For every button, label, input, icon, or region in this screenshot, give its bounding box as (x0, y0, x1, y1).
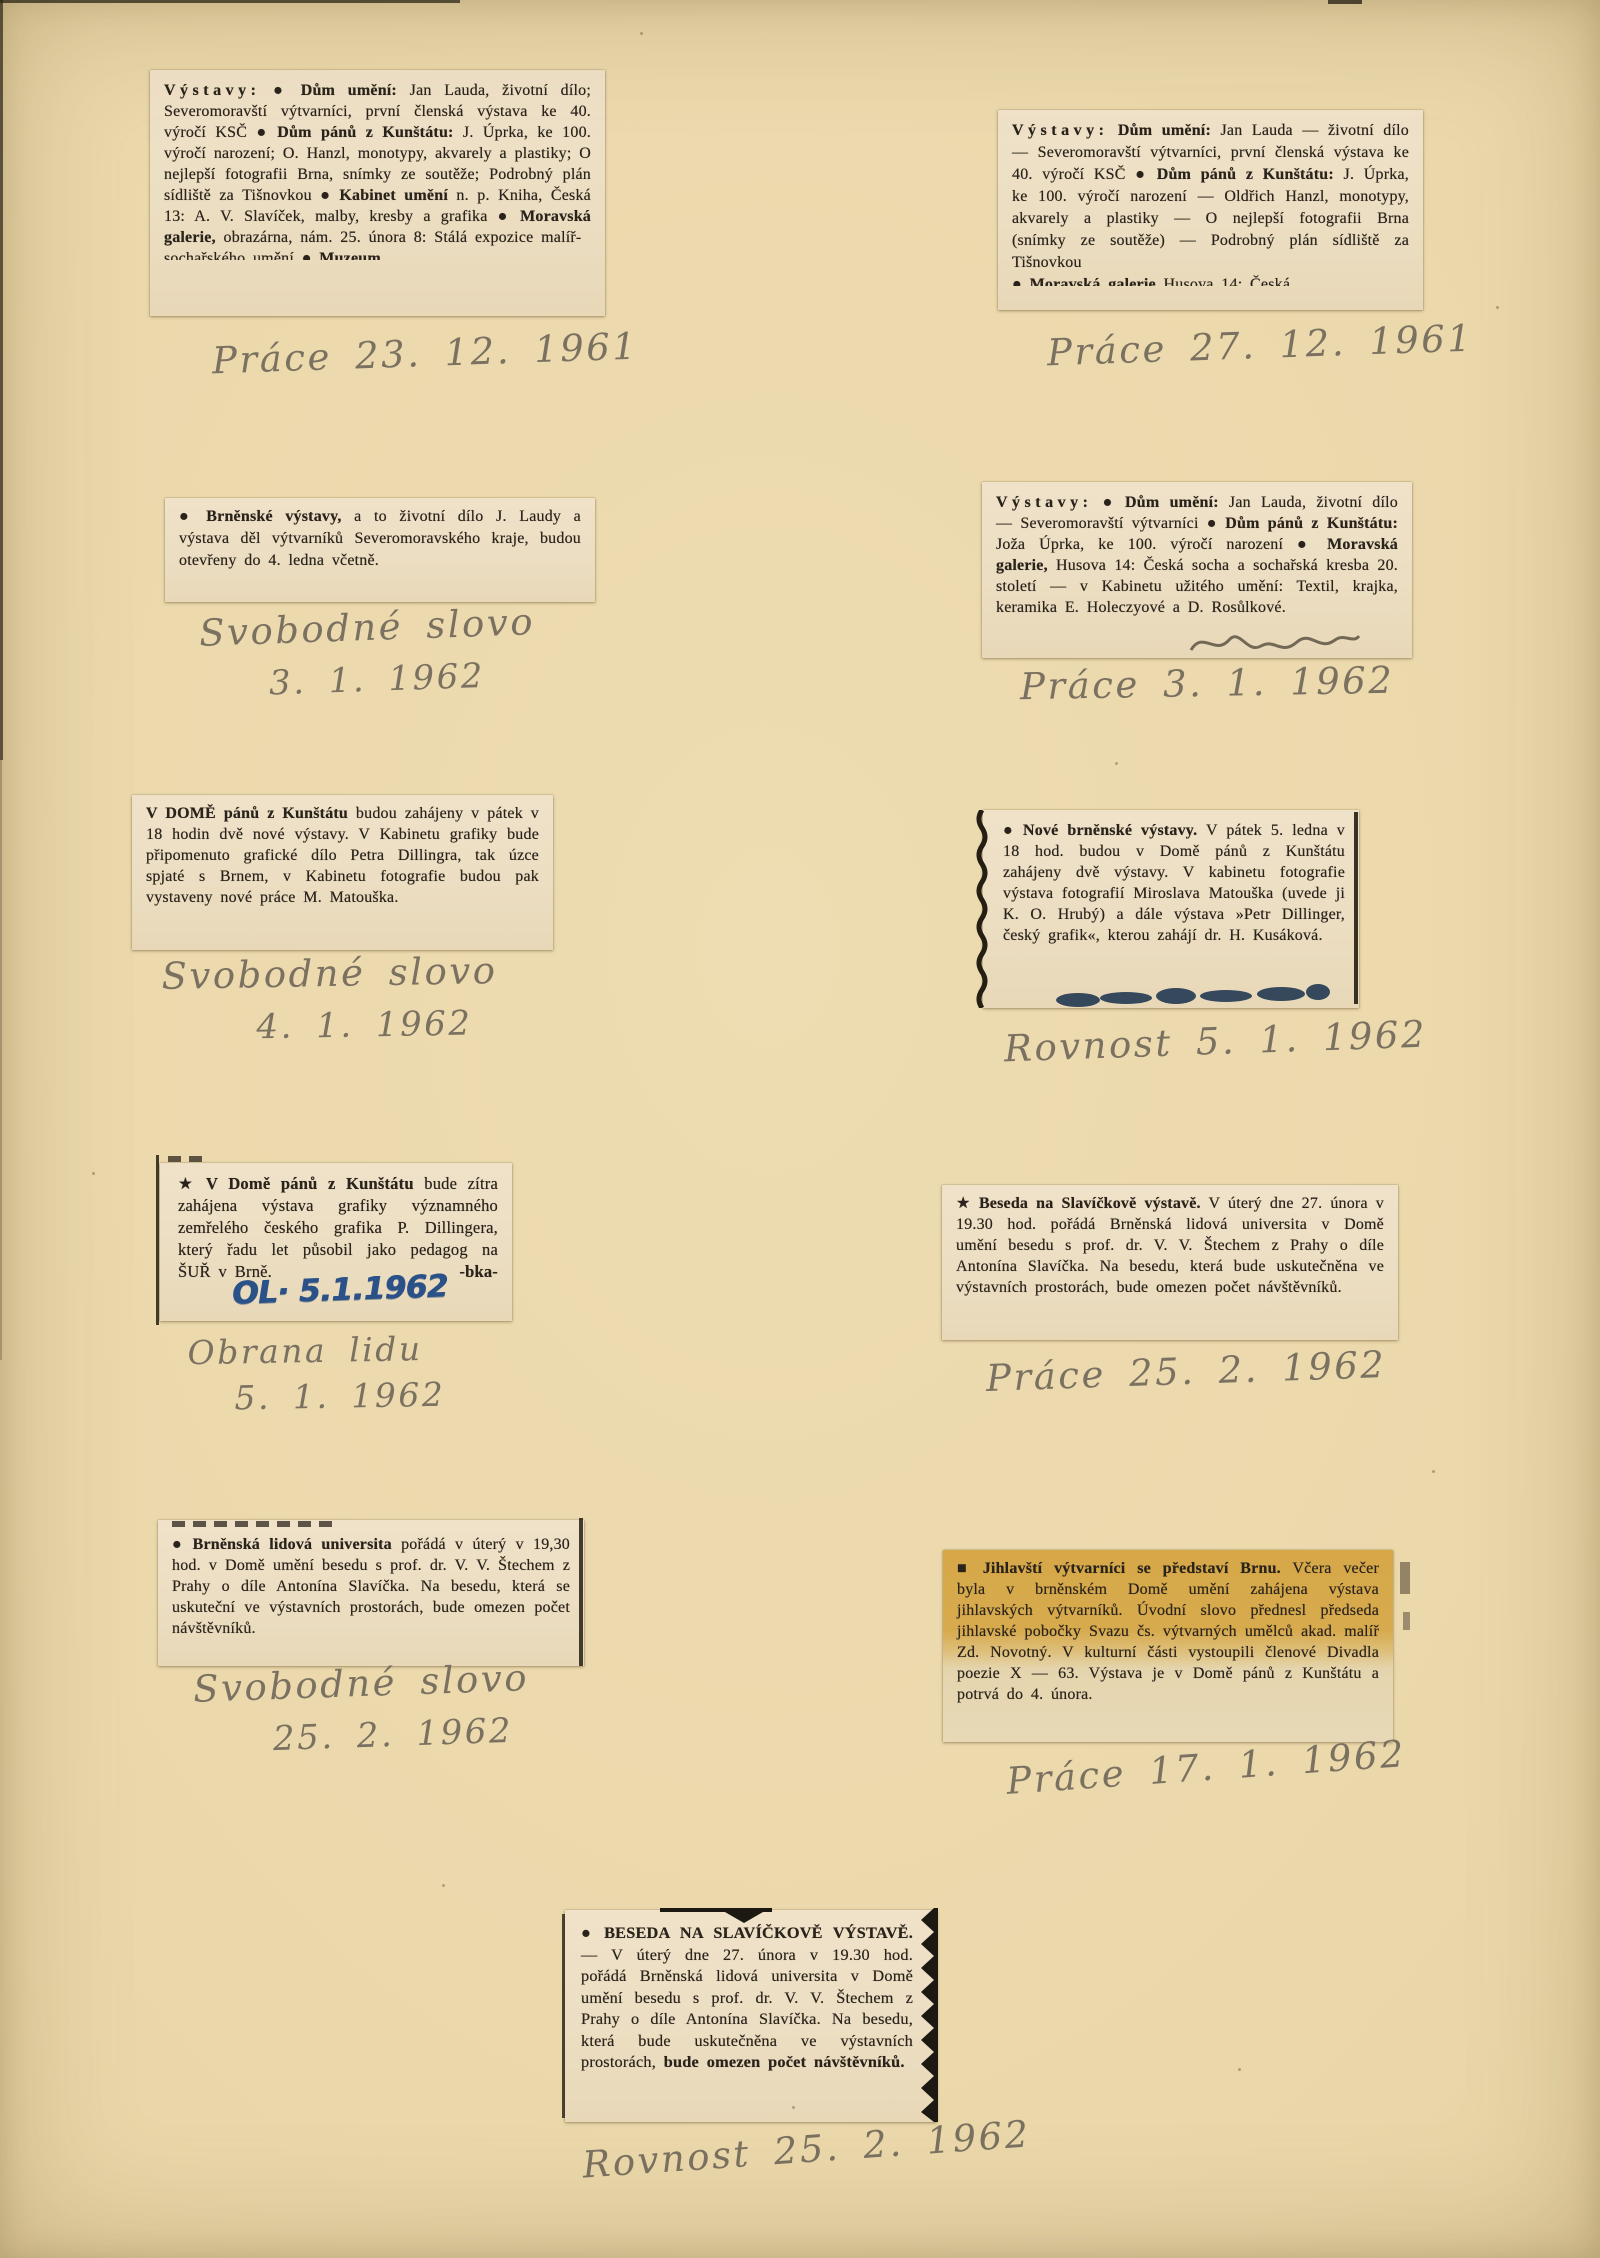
clipping-text-segment: Kabinet umění (339, 187, 448, 204)
clipping-text-segment: ● (1092, 494, 1125, 511)
clipping-text-segment: Moravská galerie (1030, 276, 1156, 286)
clipping-text-segment: sochařského umění (164, 250, 302, 260)
clipping-text-segment: ● (179, 508, 206, 525)
clipping-text: Výstavy: ● Dům umění: Jan Lauda, životní… (996, 492, 1398, 618)
paper-fleck (1238, 2068, 1241, 2071)
news-clipping-j: ■ Jihlavští výtvarníci se představí Brnu… (943, 1550, 1393, 1742)
clipping-text: ★ Beseda na Slavíčkově výstavě. V úterý … (956, 1193, 1384, 1298)
handwritten-line: 25. 2. 1962 (272, 1704, 532, 1765)
paper-fleck (1432, 1470, 1435, 1473)
clipping-cut-text: sochařského umění ● Muzeum (164, 248, 591, 260)
news-clipping-b: Výstavy: Dům umění: Jan Lauda — životní … (998, 110, 1423, 310)
clipping-text-segment: Včera večer byla v brněnském Domě umění … (957, 1560, 1379, 1703)
clipping-border-line (156, 1155, 159, 1325)
clipping-cut-line: sochařského umění ● Muzeum (164, 248, 591, 260)
news-clipping-k: ● BESEDA NA SLAVÍČKOVĚ VÝSTAVĚ. — V úter… (565, 1910, 937, 2122)
news-clipping-i: ● Brněnská lidová universita pořádá v út… (158, 1520, 584, 1666)
clipping-cut-line: ● Moravská galerie Husova 14: Česká (1012, 274, 1409, 286)
scan-edge-left-faint (0, 760, 2, 1360)
clipping-text-segment: Dům pánů z Kunštátu: (277, 124, 453, 141)
clipping-text-segment: Joža Úprka, ke 100. výročí narození (996, 536, 1297, 553)
clipping-text-segment: V DOMĚ pánů z Kunštátu (146, 805, 348, 822)
handwritten-line: Rovnost 5. 1. 1962 (1003, 1009, 1428, 1076)
handwritten-line: Práce 25. 2. 1962 (985, 1339, 1387, 1405)
handwritten-line: 5. 1. 1962 (234, 1372, 446, 1422)
clipping-text-segment (1108, 122, 1117, 139)
handwritten-line: Práce 23. 12. 1961 (211, 321, 639, 388)
clipping-text-segment: Jihlavští výtvarníci se představí Brnu. (983, 1560, 1281, 1577)
cut-text-fragment (168, 1156, 210, 1162)
handwritten-line: Práce 27. 12. 1961 (1046, 313, 1474, 380)
clipping-text: ● Brněnské výstavy, a to životní dílo J.… (179, 506, 581, 572)
clipping-text-segment: Husova 14: Česká (1156, 276, 1290, 286)
clipping-text-segment: Dům pánů z Kunštátu: (1225, 515, 1398, 532)
clipping-text-segment: ● (498, 208, 520, 225)
handwritten-note-svobodne-slovo-3-1-1962: Svobodné slovo 3. 1. 1962 (198, 596, 537, 712)
paper-fleck (1115, 762, 1118, 765)
handwritten-line: 3. 1. 1962 (268, 648, 538, 709)
news-clipping-a: Výstavy: ● Dům umění: Jan Lauda, životní… (150, 70, 605, 316)
handwritten-note-prace-23-12-1961: Práce 23. 12. 1961 (211, 321, 639, 388)
clipping-text-segment: Výstavy: (164, 82, 260, 99)
clipping-text: Výstavy: ● Dům umění: Jan Lauda, životní… (164, 80, 591, 248)
clipping-text-segment: ● (1207, 515, 1225, 532)
clipping-text-segment: Husova 14: Česká socha a sochařská kresb… (996, 557, 1398, 616)
clipping-text-segment: ● (260, 82, 300, 99)
clipping-text-segment: Brněnské výstavy, (206, 508, 341, 525)
clipping-text: ● BESEDA NA SLAVÍČKOVĚ VÝSTAVĚ. — V úter… (581, 1922, 913, 2073)
handwritten-note-prace-27-12-1961: Práce 27. 12. 1961 (1046, 313, 1474, 380)
clipping-text-segment: ● (581, 1923, 604, 1942)
paper-fleck (442, 1884, 445, 1887)
paper-fleck (92, 1172, 95, 1175)
clipping-text-segment: Dům umění: (1118, 122, 1211, 139)
paper-fleck (792, 2106, 795, 2109)
clipping-text-segment: V Domě pánů z Kunštátu (206, 1174, 414, 1193)
handwritten-line: Obrana lidu (187, 1326, 445, 1376)
handwritten-line: 4. 1. 1962 (256, 997, 499, 1053)
clipping-text-segment: ● (1003, 822, 1023, 839)
clipping-text-segment: ● Muzeum (302, 250, 381, 260)
clipping-fragment (1403, 1612, 1410, 1630)
blue-ink-date-note: OL· 5.1.1962 (231, 1268, 448, 1312)
news-clipping-h: ★ Beseda na Slavíčkově výstavě. V úterý … (942, 1185, 1398, 1340)
clipping-text-segment: ★ (178, 1174, 206, 1193)
news-clipping-d: Výstavy: ● Dům umění: Jan Lauda, životní… (982, 482, 1412, 658)
clipping-text-segment: ● (256, 124, 277, 141)
clipping-text-segment: ● (1135, 166, 1156, 183)
clipping-text: ● Nové brněnské výstavy. V pátek 5. ledn… (1003, 820, 1345, 946)
clipping-text: ★ V Domě pánů z Kunštátu bude zítra zahá… (178, 1173, 498, 1283)
handwritten-line: Práce 3. 1. 1962 (1020, 655, 1395, 714)
clipping-text-segment: Výstavy: (1012, 122, 1108, 139)
clipping-text-segment: ★ (956, 1195, 979, 1212)
clipping-text-segment: Dům umění: (1125, 494, 1219, 511)
handwritten-note-prace-3-1-1962: Práce 3. 1. 1962 (1020, 655, 1395, 714)
scan-edge-dash (1328, 0, 1362, 4)
news-clipping-e: V DOMĚ pánů z Kunštátu budou zahájeny v … (132, 795, 553, 950)
clipping-text-segment: ● (172, 1536, 193, 1553)
handwritten-line: Svobodné slovo (161, 945, 498, 1003)
handwritten-note-svobodne-slovo-25-2-1962: Svobodné slovo 25. 2. 1962 (192, 1652, 531, 1768)
clipping-text: Výstavy: Dům umění: Jan Lauda — životní … (1012, 120, 1409, 274)
paper-fleck (640, 32, 643, 35)
handwritten-note-prace-25-2-1962: Práce 25. 2. 1962 (985, 1339, 1387, 1405)
handwritten-note-svobodne-slovo-4-1-1962: Svobodné slovo 4. 1. 1962 (161, 945, 499, 1055)
clipping-text-segment: Beseda na Slavíčkově výstavě. (979, 1195, 1201, 1212)
clipping-text-segment: -bka- (459, 1261, 498, 1283)
clipping-text-segment: ● (320, 187, 339, 204)
clipping-text: V DOMĚ pánů z Kunštátu budou zahájeny v … (146, 803, 539, 908)
clipping-text-segment: Dům pánů z Kunštátu: (1157, 166, 1334, 183)
clipping-text-segment: bude omezen počet návštěvníků. (664, 2052, 905, 2071)
clipping-text: ■ Jihlavští výtvarníci se představí Brnu… (957, 1558, 1379, 1705)
clipping-text-segment: obrazárna, nám. 25. února 8: Stálá expoz… (216, 229, 582, 246)
news-clipping-c: ● Brněnské výstavy, a to životní dílo J.… (165, 498, 595, 602)
news-clipping-f: ● Nové brněnské výstavy. V pátek 5. ledn… (983, 810, 1359, 1008)
clipping-text-segment: V pátek 5. ledna v 18 hod. budou v Domě … (1003, 822, 1345, 944)
clipping-text-segment: Brněnská lidová universita (193, 1536, 392, 1553)
clipping-fragment (1400, 1562, 1410, 1594)
scrapbook-page: Práce 23. 12. 1961 Práce 27. 12. 1961 Sv… (0, 0, 1600, 2258)
clipping-text-segment: Nové brněnské výstavy. (1023, 822, 1197, 839)
clipping-text-segment: Dům umění: (301, 82, 397, 99)
clipping-text-segment: ● (1012, 276, 1030, 286)
clipping-text-segment: Výstavy: (996, 494, 1092, 511)
handwritten-note-obrana-lidu-5-1-1962: Obrana lidu 5. 1. 1962 (187, 1326, 446, 1422)
scan-edge-left (0, 0, 3, 760)
clipping-text: ● Brněnská lidová universita pořádá v út… (172, 1534, 570, 1639)
handwritten-note-rovnost-5-1-1962: Rovnost 5. 1. 1962 (1003, 1009, 1428, 1076)
clipping-cut-text: ● Moravská galerie Husova 14: Česká (1012, 274, 1409, 286)
clipping-text-segment: ■ (957, 1560, 983, 1577)
paper-fleck (1496, 306, 1499, 309)
clipping-text-segment: ● (1297, 536, 1327, 553)
scan-edge-top (0, 0, 460, 3)
clipping-text-segment: BESEDA NA SLAVÍČKOVĚ VÝSTAVĚ. (604, 1923, 913, 1942)
